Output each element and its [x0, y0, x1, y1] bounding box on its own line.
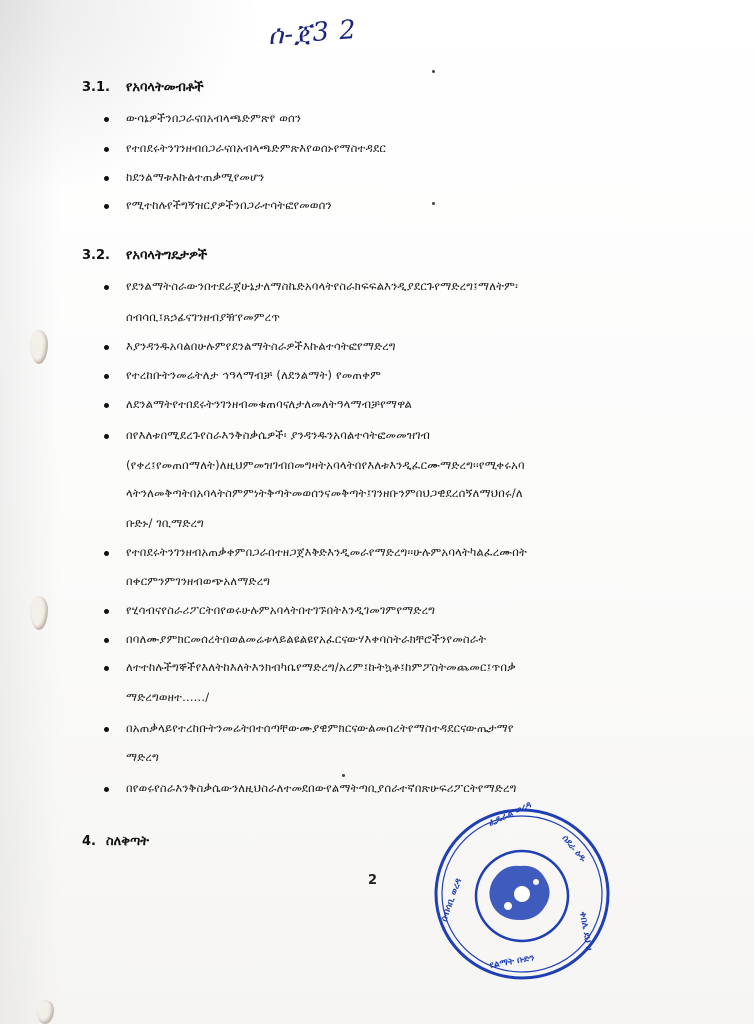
bullet-icon	[104, 285, 109, 290]
bullet-icon	[104, 176, 109, 181]
section-heading-3-2: 3.2.የአባላትግዴታዎች	[82, 248, 207, 263]
list-item: የሚተከሉየችግኝዝርያዎችንበጋራተሳትፎየመወሰን	[104, 198, 332, 213]
section-title: የአባላትመብቶች	[126, 80, 204, 95]
ink-speck	[432, 202, 435, 205]
handwritten-annotation: ሰ-ጀ3 2	[267, 15, 358, 52]
bullet-icon	[104, 204, 109, 209]
list-item-continuation: ሰብሳቢ፤ጸኃፊናገንዘብያዥየመምረጥ	[126, 310, 280, 325]
list-item: በየእለቱበሚደረጉየስራእንቅስቃሴዎች፡ ያንዳንዱንአባልተሳትፎመመዝገ…	[104, 428, 430, 443]
section-number: 4.	[82, 834, 106, 849]
list-item: ለተተከሉችግኞችየእለትከእለትእንክብካቤየማድረግ/አረም፤ኩትኳቶ፤ከም…	[104, 660, 516, 675]
bullet-icon	[104, 609, 109, 614]
official-stamp: ፌዴራል ወረዳ ሰደራ ዕዱ ቀበሌ ደህ ሀ የልማት ቡድን ሰብሳቢ ወ…	[430, 802, 614, 986]
svg-text:ሰደራ ዕዱ: ሰደራ ዕዱ	[560, 834, 588, 865]
bullet-icon	[104, 374, 109, 379]
bullet-icon	[104, 666, 109, 671]
bullet-icon	[104, 147, 109, 152]
section-title: ስለቅጣት	[106, 834, 149, 849]
page-number: 2	[368, 873, 377, 888]
list-item-continuation: ላትንለመቅጣትበአባላትስምምነትቅጣትመወሰንናመቅጣት፤ገንዘቡንምበህጋ…	[126, 486, 523, 501]
list-item: ከደንልማቱእኩልተጠቃሚየመሆን	[104, 170, 264, 185]
svg-text:የልማት ቡድን: የልማት ቡድን	[489, 953, 536, 971]
list-item: የሂሳብናየስራሪፖርትበየወሩሁሉምአባላትበተገኙበትእንዲገመገምየማድረ…	[104, 603, 435, 618]
list-item-continuation: በቀርምንምገንዘብወጭአለማድረግ	[126, 574, 270, 589]
ink-speck	[342, 774, 345, 777]
list-item: የተበደሩትንገንዘብአጠቃቀምበጋራበተዘጋጀእቅድእንዲመራየማድረግ፡፡ሁ…	[104, 545, 527, 560]
section-heading-3-1: 3.1.የአባላትመብቶች	[82, 80, 204, 95]
ink-speck	[432, 70, 435, 73]
scanned-page: ሰ-ጀ3 2 3.1.የአባላትመብቶች ውሳኔዎችንበጋራናበአብላጫድምጽየ…	[0, 0, 754, 1024]
svg-text:ፌዴራል ወረዳ: ፌዴራል ወረዳ	[487, 802, 534, 829]
list-item: የተረከቡትንመሬትለታ ኅዓላማብቻ (ለደንልማት) የመጠቀም	[104, 368, 381, 383]
section-heading-4: 4.ስለቅጣት	[82, 834, 149, 849]
list-item: በባለሙያምክርመሰረትበወልመሬቱላይልዩልዩየአፈርናውሃእቀባስትራክቸሮ…	[104, 632, 486, 647]
list-item-continuation: (የቀረ፤የመጠበማለት)ለዚህምመዝገብበመግዛትአባላትበየእለቱእንዲፈር…	[126, 458, 525, 473]
bullet-icon	[104, 727, 109, 732]
bullet-icon	[104, 638, 109, 643]
list-item: የተበደሩትንገንዘብበጋራናበአብላጫድምጽእየወሰኑየማስተዳደር	[104, 141, 386, 156]
list-item-continuation: ቡድኑ/ ገቢማድረግ	[126, 516, 204, 531]
list-item: ውሳኔዎችንበጋራናበአብላጫድምጽየ ወሰን	[104, 111, 301, 126]
list-item-continuation: ማድረግ	[126, 750, 159, 765]
bullet-icon	[104, 787, 109, 792]
svg-text:ቀበሌ ደህ ሀ: ቀበሌ ደህ ሀ	[577, 911, 594, 952]
bullet-icon	[104, 434, 109, 439]
bullet-icon	[104, 551, 109, 556]
bullet-icon	[104, 345, 109, 350]
list-item-continuation: ማድረግወዘተ....../	[126, 690, 209, 705]
list-item: በአጠቃላይየተረከቡትንመሬትበተሰጣቸውሙያዊምክርናውልመሰረትየማስተዳ…	[104, 721, 514, 736]
list-item: እያንዳንዱአባልበሁሉምየደንልማትስራዎችእኩልተሳትፎየማድረግ	[104, 339, 396, 354]
list-item: ለደንልማትየተበደሩትንገንዘብመቁጠባናለታለመለትዓላማብቻየማዋል	[104, 397, 412, 412]
bullet-icon	[104, 403, 109, 408]
bullet-icon	[104, 117, 109, 122]
section-title: የአባላትግዴታዎች	[126, 248, 207, 263]
list-item: የደንልማትስራውንበተደራጀሁኔታለማስኬድአባላትየስራክፍፍልእንዲያደር…	[104, 279, 518, 294]
list-item: በየወሩየስራእንቅስቃሴውንለዚህስራለተመደበውየልማትጣቢያሰራተኛበጽሁ…	[104, 781, 517, 796]
section-number: 3.2.	[82, 248, 126, 263]
section-number: 3.1.	[82, 80, 126, 95]
